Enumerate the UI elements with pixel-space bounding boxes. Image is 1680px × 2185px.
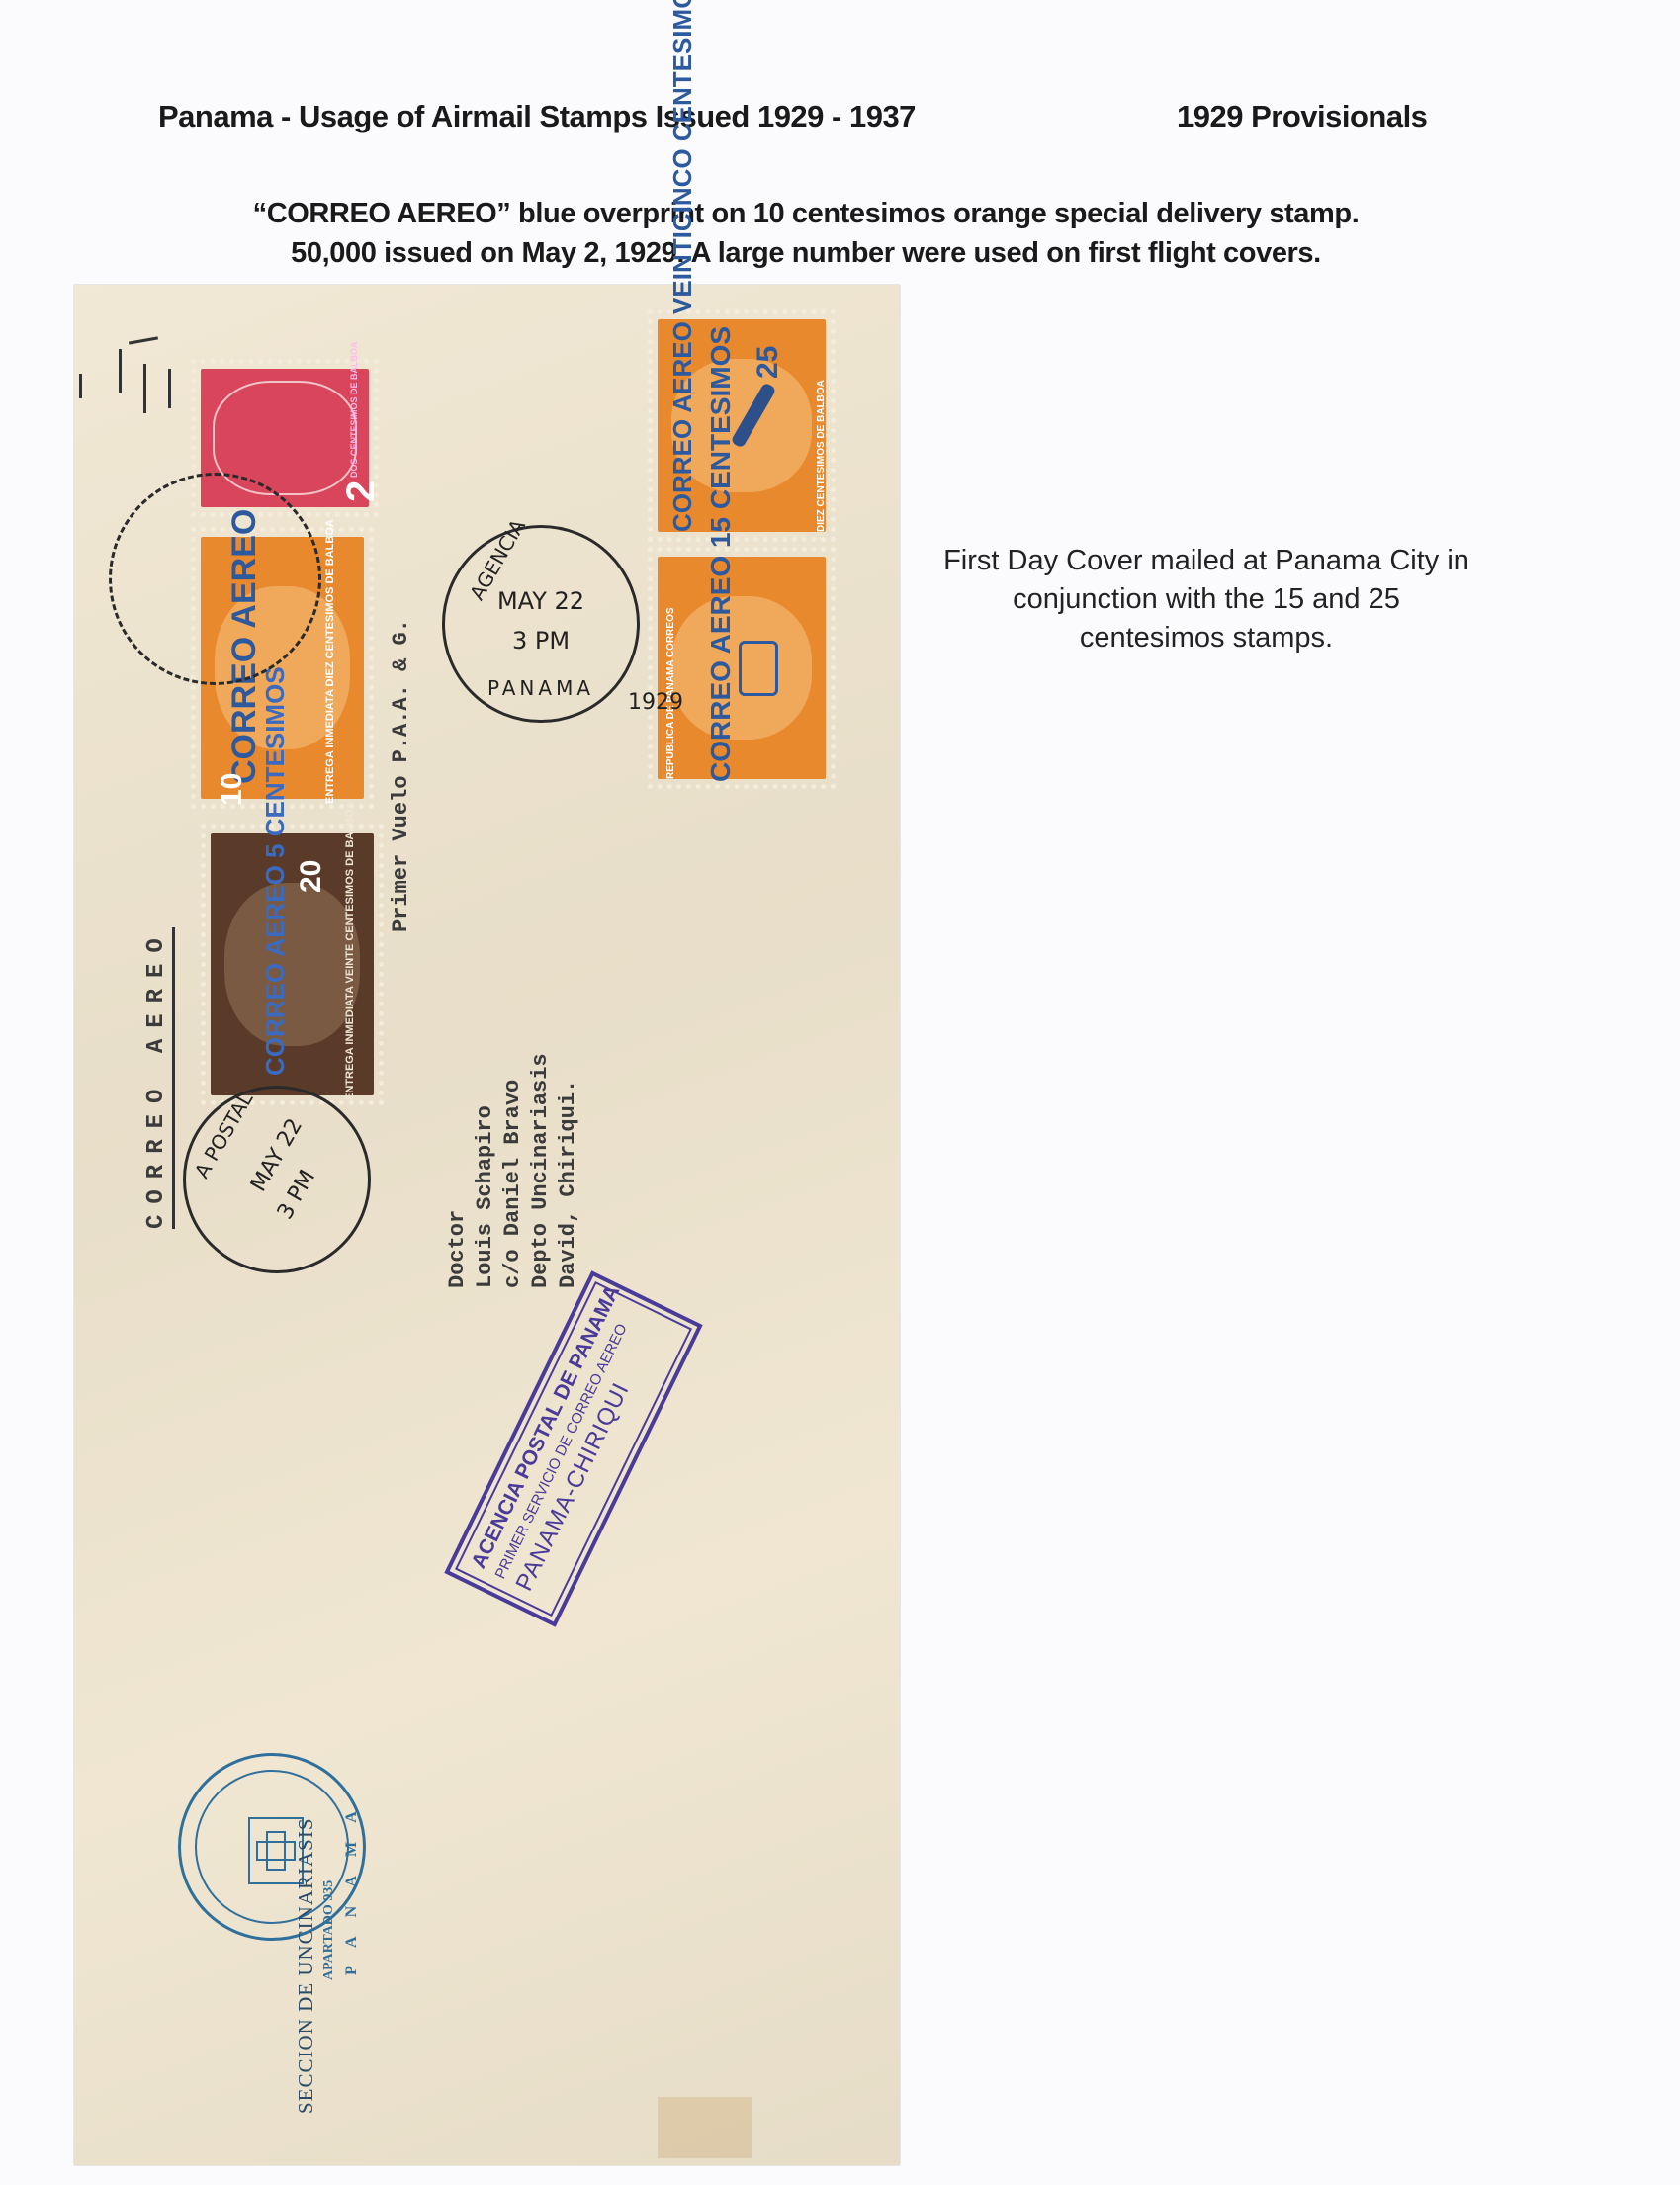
envelope-cover: 2 DOS CENTESIMOS DE BALBOA ENTREGA INMED… (74, 285, 900, 2165)
cancel-bars (74, 334, 193, 443)
cover-note: First Day Cover mailed at Panama City in… (939, 542, 1473, 657)
return-address-line-1: SECCION DE UNCINARIASIS (294, 1817, 318, 2114)
stamp-15c-airmail: CORREO AEREO 15 CENTESIMOS REPUBLICA DE … (648, 547, 836, 789)
stamp-value: 20 (295, 860, 328, 893)
page-title: Panama - Usage of Airmail Stamps Issued … (158, 99, 916, 134)
return-address-line-2: APARTADO 935 (321, 1880, 337, 1980)
stamp-text: DOS CENTESIMOS DE BALBOA (349, 379, 359, 478)
recipient-address: Doctor Louis Schapiro c/o Daniel Bravo D… (445, 1288, 702, 1289)
postmark-year: 1929 (628, 690, 683, 715)
address-line: Doctor (445, 1210, 470, 1288)
stamp-20c-brown: ENTREGA INMEDIATA VEINTE CENTESIMOS DE B… (201, 824, 384, 1105)
postmark-postal-lower: MAY 22 3 PM A POSTAL (183, 1086, 371, 1273)
postmark-agencia-left (109, 473, 321, 685)
stamp-text: ENTREGA INMEDIATA DIEZ CENTESIMOS DE BAL… (324, 567, 336, 804)
stamp-value: 25 (752, 346, 785, 379)
stamp-text: DIEZ CENTESIMOS DE BALBOA (816, 354, 827, 532)
description-line-2: 50,000 issued on May 2, 1929. A large nu… (119, 237, 1493, 270)
stamp-text: ENTREGA INMEDIATA VEINTE CENTESIMOS DE B… (344, 863, 356, 1100)
overprint: CORREO AEREO 15 CENTESIMOS (705, 326, 737, 782)
return-address-line-3: P A N A M A (343, 1803, 361, 1975)
address-line: David, Chiriqui. (556, 1080, 580, 1288)
postmark-top: A POSTAL (190, 1088, 258, 1181)
correo-aereo-handstamp: CORREO AEREO (143, 927, 175, 1229)
stamp-25c-airmail-plane: CORREO AEREO VEINTICINCO CENTESIMOS DIEZ… (648, 309, 836, 542)
first-flight-cachet: ACENCIA POSTAL DE PANAMA PRIMER SERVICIO… (444, 1270, 702, 1626)
address-line: c/o Daniel Bravo (500, 1080, 525, 1288)
postmark-time: 3 PM (445, 627, 637, 655)
description-line-1: “CORREO AEREO” blue overprint on 10 cent… (119, 198, 1493, 230)
postmark-city: PANAMA (445, 676, 637, 700)
health-department-seal (178, 1753, 366, 1941)
postmark-agencia-postal: MAY 22 3 PM PANAMA AGENCIA (442, 525, 640, 723)
address-line: Louis Schapiro (473, 1105, 497, 1288)
stamp-value: 2 (339, 481, 384, 502)
cachet-line-2: PRIMER SERVICIO DE CORREO AEREO (492, 1308, 638, 1582)
typed-flight-text: Primer Vuelo P.A.A. & G. (389, 619, 413, 932)
stamp-value: 10 (216, 773, 249, 806)
tape-piece (658, 2097, 752, 2158)
overprint: CORREO AEREO 5 CENTESIMOS (260, 666, 291, 1076)
overprint: CORREO AEREO VEINTICINCO CENTESIMOS (667, 0, 698, 532)
section-title: 1929 Provisionals (1177, 99, 1427, 134)
address-line: Depto Uncinariasis (528, 1053, 553, 1288)
